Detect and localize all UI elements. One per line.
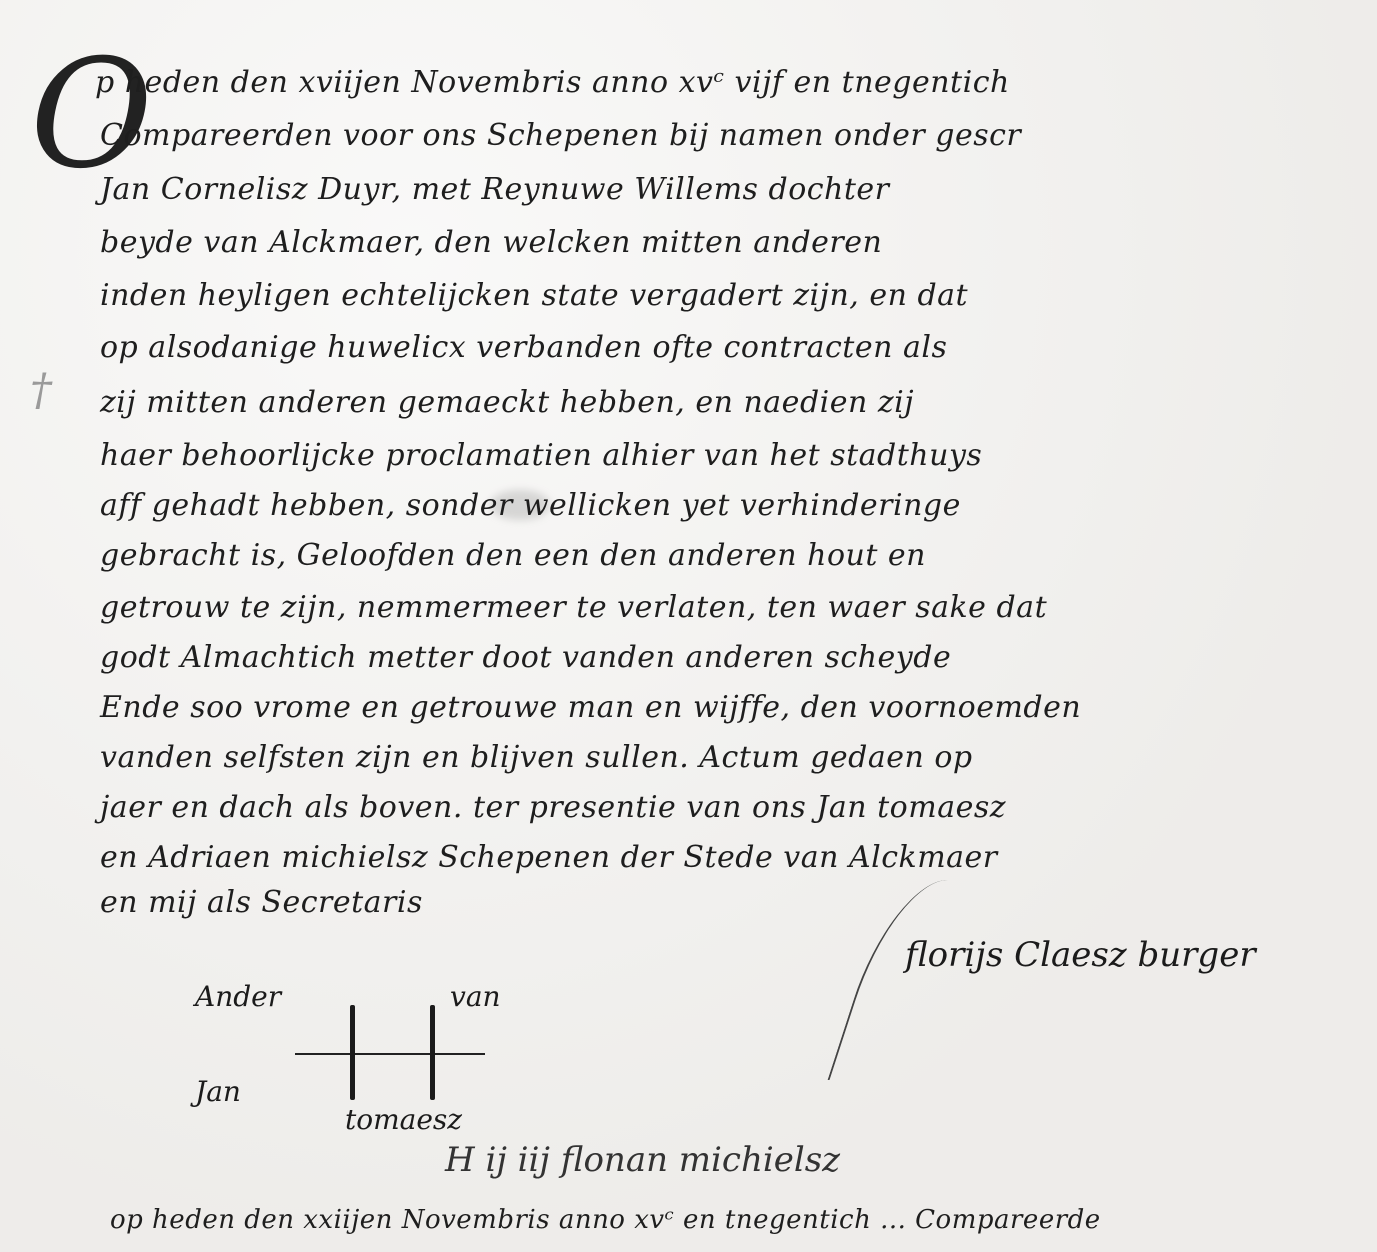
text-line-8: haer behoorlijcke proclamatien alhier va… bbox=[100, 438, 982, 473]
mark-label-tomaesz: tomaesz bbox=[345, 1103, 462, 1136]
text-line-13: Ende soo vrome en getrouwe man en wijffe… bbox=[100, 690, 1081, 725]
mark-of-jan-tomaesz: Ander van Jan tomaesz bbox=[190, 975, 590, 1155]
signature: florijs Claesz burger bbox=[905, 935, 1256, 975]
text-line-14: vanden selfsten zijn en blijven sullen. … bbox=[100, 740, 973, 775]
mark-label-jan: Jan bbox=[195, 1075, 241, 1108]
text-line-11: getrouw te zijn, nemmermeer te verlaten,… bbox=[100, 590, 1047, 625]
mark-label-ander: Ander bbox=[195, 980, 281, 1013]
text-line-4: beyde van Alckmaer, den welcken mitten a… bbox=[100, 225, 882, 260]
signature-flourish bbox=[828, 880, 985, 1080]
text-line-12: godt Almachtich metter doot vanden ander… bbox=[100, 640, 951, 675]
text-line-6: op alsodanige huwelicx verbanden ofte co… bbox=[100, 330, 947, 365]
decorated-initial: O bbox=[30, 40, 153, 190]
text-line-17: en mij als Secretaris bbox=[100, 885, 423, 920]
text-line-10: gebracht is, Geloofden den een den ander… bbox=[100, 538, 926, 573]
text-line-5: inden heyligen echtelijcken state vergad… bbox=[100, 278, 968, 313]
document-page: O † p heden den xviijen Novembris anno x… bbox=[0, 0, 1377, 1252]
mark-crossbar bbox=[295, 1053, 485, 1055]
text-line-16: en Adriaen michielsz Schepenen der Stede… bbox=[100, 840, 998, 875]
mark-label-van: van bbox=[450, 980, 501, 1013]
margin-mark: † bbox=[30, 365, 52, 416]
text-line-15: jaer en dach als boven. ter presentie va… bbox=[100, 790, 1006, 825]
text-line-3: Jan Cornelisz Duyr, met Reynuwe Willems … bbox=[100, 172, 890, 207]
mark-stroke-left bbox=[350, 1005, 355, 1100]
text-line-1: p heden den xviijen Novembris anno xvᶜ v… bbox=[95, 65, 1010, 100]
text-line-7: zij mitten anderen gemaeckt hebben, en n… bbox=[100, 385, 914, 420]
annotation-line: H ij iij flonan michielsz bbox=[445, 1140, 840, 1180]
mark-stroke-right bbox=[430, 1005, 435, 1100]
text-line-9: aff gehadt hebben, sonder wellicken yet … bbox=[100, 488, 961, 523]
next-entry-line: op heden den xxiijen Novembris anno xvᶜ … bbox=[110, 1205, 1101, 1235]
text-line-2: Compareerden voor ons Schepenen bij name… bbox=[100, 118, 1021, 153]
